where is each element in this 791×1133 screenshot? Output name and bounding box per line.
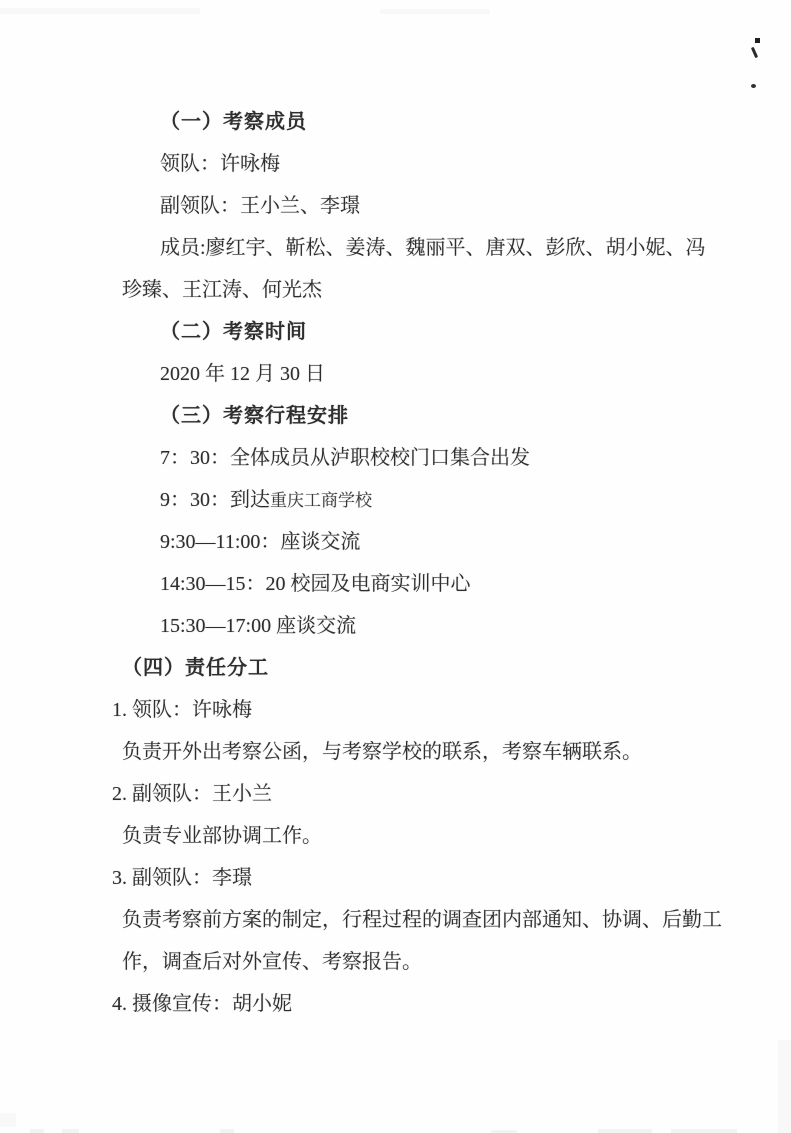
- line-duty-1-desc: 负责开外出考察公函，与考察学校的联系，考察车辆联系。: [122, 731, 782, 773]
- scan-smudge-bottom-left-patch: [0, 1113, 16, 1127]
- line-schedule-arrive-school: 重庆工商学校: [270, 491, 372, 510]
- line-duty-1-title: 1. 领队：许咏梅: [112, 689, 782, 731]
- document-text-block: （一）考察成员 领队：许咏梅 副领队：王小兰、李璟 成员:廖红宇、靳松、姜涛、魏…: [122, 101, 782, 1025]
- section-heading-members: （一）考察成员: [122, 101, 782, 143]
- line-schedule-arrive-prefix: 9：30：到达: [160, 489, 270, 511]
- ink-speck-square: [755, 38, 760, 43]
- scan-smudge-right-edge: [778, 1040, 791, 1133]
- line-schedule-arrive: 9：30：到达重庆工商学校: [122, 479, 782, 521]
- scan-smudge-bottom-6: [671, 1129, 737, 1133]
- line-duty-3-desc-1: 负责考察前方案的制定，行程过程的调查团内部通知、协调、后勤工: [122, 899, 782, 941]
- line-duty-4-title: 4. 摄像宣传：胡小妮: [112, 983, 782, 1025]
- scan-smudge-bottom-1: [30, 1129, 44, 1133]
- line-schedule-talk-afternoon: 15:30—17:00 座谈交流: [122, 605, 782, 647]
- line-duty-3-title: 3. 副领队：李璟: [112, 857, 782, 899]
- scan-smudge-bottom-3: [220, 1129, 234, 1133]
- ink-speck-dot: [751, 84, 756, 88]
- section-heading-itinerary: （三）考察行程安排: [122, 395, 782, 437]
- line-members-continuation: 珍臻、王江涛、何光杰: [122, 269, 782, 311]
- line-deputy-leaders: 副领队：王小兰、李璟: [122, 185, 782, 227]
- scan-smudge-top-edge: [0, 8, 200, 14]
- line-members-first: 成员:廖红宇、靳松、姜涛、魏丽平、唐双、彭欣、胡小妮、冯: [122, 227, 782, 269]
- section-heading-duties: （四）责任分工: [122, 647, 782, 689]
- line-leader: 领队：许咏梅: [122, 143, 782, 185]
- line-duty-3-desc-2: 作，调查后对外宣传、考察报告。: [122, 941, 782, 983]
- line-schedule-campus-tour: 14:30—15：20 校园及电商实训中心: [122, 563, 782, 605]
- line-date: 2020 年 12 月 30 日: [122, 353, 782, 395]
- ink-speck-stroke: [751, 47, 758, 58]
- scan-smudge-bottom-2: [62, 1129, 79, 1133]
- scan-smudge-top-right: [380, 9, 490, 14]
- line-duty-2-title: 2. 副领队：王小兰: [112, 773, 782, 815]
- line-schedule-depart: 7：30：全体成员从泸职校校门口集合出发: [122, 437, 782, 479]
- line-schedule-talk-morning: 9:30—11:00：座谈交流: [122, 521, 782, 563]
- line-duty-2-desc: 负责专业部协调工作。: [122, 815, 782, 857]
- scanned-document-page: （一）考察成员 领队：许咏梅 副领队：王小兰、李璟 成员:廖红宇、靳松、姜涛、魏…: [0, 0, 791, 1133]
- section-heading-time: （二）考察时间: [122, 311, 782, 353]
- scan-smudge-bottom-5: [598, 1129, 652, 1133]
